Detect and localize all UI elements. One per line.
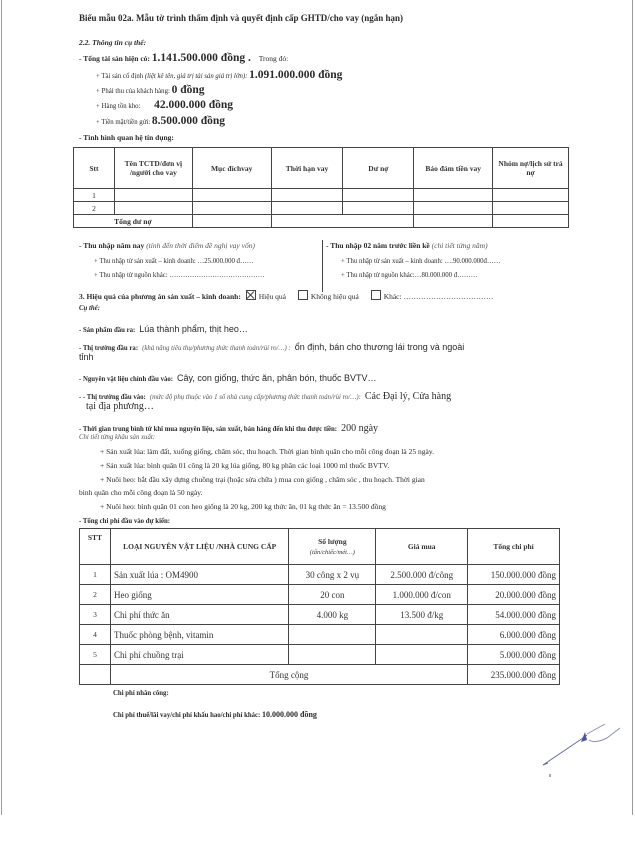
page-edge-left [1,0,2,815]
other-costs-row: Chi phí thuế/lãi vay/chi phí khấu hao/ch… [113,710,317,719]
stage-heading: Chi tiết từng khâu sản xuất: [79,434,155,441]
col-quantity: Số lượng (tấn/chiếc/mét…) [289,529,376,565]
col-price: Giá mua [376,529,468,565]
inventory-label: + Hàng tồn kho: [96,103,140,110]
fixed-assets-label: + Tài sản cố định [96,73,143,80]
total-assets-label: - Tổng tài sản hiện có: [79,54,150,63]
col-purpose: Mục đíchvay [192,148,271,189]
qty-note: (tấn/chiếc/mét…) [292,549,372,556]
col-stt: Stt [74,148,115,189]
income-divider [322,240,323,292]
income-current-business: + Thu nhập từ sản xuất – kinh doanh: …25… [94,258,254,265]
fixed-assets-note: (liệt kê tên, giá trị tài sản giá trị lớ… [145,73,248,80]
document-title: Biểu mẫu 02a. Mẫu tờ trình thẩm định và … [79,13,403,23]
signature-icon [535,710,635,790]
efficiency-label: 3. Hiệu quả của phương án sản xuất – kin… [79,292,241,301]
table-row: 1 Sản xuất lúa : OM4900 30 công x 2 vụ 2… [80,565,560,585]
within-label: Trong đó: [259,54,289,63]
total-assets-row: - Tổng tài sản hiện có: 1.141.500.000 đồ… [79,52,288,64]
income-current-other: + Thu nhập từ nguồn khác: …………………………………… [94,272,265,279]
page-edge-right [632,0,633,815]
input-market-cont: tại địa phương… [86,401,154,412]
output-market-row: - Thị trường đầu ra: (khả năng tiêu thụ/… [79,337,464,355]
col-material: LOẠI NGUYÊN VẬT LIỆU /NHÀ CUNG CẤP [110,529,288,565]
labor-cost-label: Chi phí nhân công: [113,690,169,697]
col-stt: STT [80,529,111,565]
checkbox-not-efficient[interactable] [298,290,308,300]
inventory-row: + Hàng tồn kho: 42.000.000 đồng [96,99,233,111]
output-product-row: - Sản phẩm đầu ra: Lúa thành phẩm, thịt … [79,319,248,337]
col-lender: Tên TCTD/đơn vị /người cho vay [114,148,192,189]
table-row: 3 Chi phí thức ăn 4.000 kg 13.500 đ/kg 5… [80,605,560,625]
table-row: 2 [74,202,569,215]
section-heading: 2.2. Thông tin cụ thể: [79,38,146,47]
col-total: Tổng chi phí [468,529,560,565]
credit-heading: - Tình hình quan hệ tín dụng: [79,133,174,142]
materials-row: - Nguyên vật liệu chính đầu vào: Cây, co… [79,368,377,386]
total-assets-value: 1.141.500.000 đồng . [152,52,251,64]
receivable-value: 0 đồng [172,84,205,96]
costs-header-row: STT LOẠI NGUYÊN VẬT LIỆU /NHÀ CUNG CẤP S… [80,529,560,565]
checkbox-efficient[interactable] [246,290,256,300]
cash-label: + Tiền mặt/tiền gửi: [96,119,150,126]
efficiency-row: 3. Hiệu quả của phương án sản xuất – kin… [79,290,493,301]
stage-4: + Nuôi heo: bình quân 01 con heo giống l… [100,502,386,511]
cash-value: 8.500.000 đồng [152,115,225,127]
table-row: 2 Heo giống 20 con 1.000.000 đ/con 20.00… [80,585,560,605]
income-current-heading-row: - Thu nhập năm nay (tính đến thời điểm đ… [79,241,255,250]
col-collateral: Bảo đảm tiền vay [414,148,493,189]
costs-heading: - Tổng chi phí đầu vào dự kiến: [79,518,170,525]
cash-row: + Tiền mặt/tiền gửi: 8.500.000 đồng [96,115,225,127]
col-balance: Dư nợ [343,148,414,189]
stage-1: + Sản xuất lúa: làm đất, xuống giống, ch… [100,447,434,456]
fixed-assets-value: 1.091.000.000 đồng [249,69,342,81]
receivable-label: + Phải thu của khách hàng: [96,88,170,95]
col-term: Thời hạn vay [271,148,343,189]
income-prev-heading-row: - Thu nhập 02 năm trước liền kề (chi tiế… [326,241,488,250]
col-debt-group: Nhóm nợ/lịch sử trả nợ [493,148,569,189]
table-row: 5 Chi phí chuồng trại 5.000.000 đồng [80,645,560,665]
table-row: 1 [74,189,569,202]
fixed-assets-row: + Tài sản cố định (liệt kê tên, giá trị … [96,69,342,81]
checkbox-other[interactable] [371,290,381,300]
credit-total-label: Tổng dư nợ [74,215,193,228]
output-market-cont: tỉnh [79,352,94,362]
costs-total-value: 235.000.000 đồng [468,665,560,685]
costs-total-row: Tổng cộng 235.000.000 đồng [80,665,560,685]
costs-total-label: Tổng cộng [110,665,467,685]
credit-total-row: Tổng dư nợ [74,215,569,228]
stage-3: + Nuôi heo: bắt đầu xây dựng chuồng trại… [100,475,425,484]
income-prev-other: + Thu nhập từ nguồn khác:…80.000.000 đ……… [341,272,478,279]
specific-label: Cụ thể: [79,305,100,312]
stage-2: + Sản xuất lúa: bình quân 01 công là 20 … [100,461,389,470]
credit-table: Stt Tên TCTD/đơn vị /người cho vay Mục đ… [73,147,569,228]
income-prev-business: + Thu nhập từ sản xuất – kinh doanh: ….9… [341,258,501,265]
inventory-value: 42.000.000 đồng [154,99,233,111]
costs-table: STT LOẠI NGUYÊN VẬT LIỆU /NHÀ CUNG CẤP S… [79,528,560,685]
stage-3-cont: bình quân cho mỗi công đoạn là 50 ngày. [79,488,202,497]
table-row: 4 Thuốc phòng bệnh, vitamin 6.000.000 đồ… [80,625,560,645]
receivable-row: + Phải thu của khách hàng: 0 đồng [96,84,205,96]
credit-header-row: Stt Tên TCTD/đơn vị /người cho vay Mục đ… [74,148,569,189]
